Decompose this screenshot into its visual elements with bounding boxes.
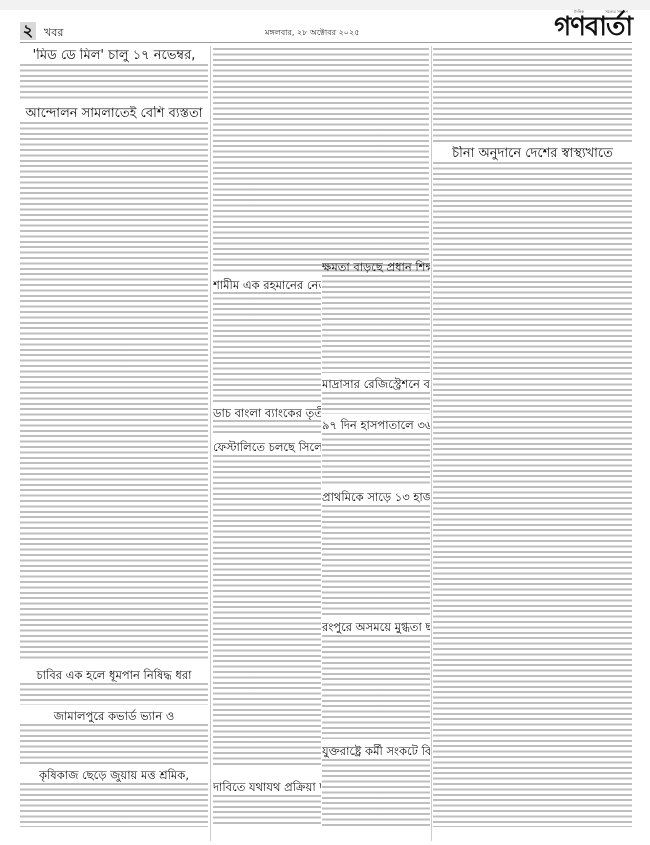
article-body (322, 635, 430, 739)
article-body (433, 162, 632, 827)
headline: মাদ্রাসার রেজিস্ট্রেশনে বাধাগ্রস্ত (322, 377, 430, 391)
article-rangpur: রংপুরে অসময়ে মুগ্ধতা ছড়াচ্ছে (322, 618, 430, 636)
headline: চীনা অনুদানে দেশের স্বাস্থ্যখাতে (433, 146, 632, 162)
article-body (213, 292, 321, 402)
headline: কৃষিকাজ ছেড়ে জুয়ায় মত্ত শ্রমিক, (20, 768, 208, 782)
issue-date: মঙ্গলবার, ২৮ অক্টোবর ২০২৫ (265, 27, 359, 40)
headline: শামীম এক রহমানের নেতৃত্বাধীন (213, 278, 321, 292)
column-divider (431, 46, 432, 841)
article-hospital: ৯৭ দিন হাসপাতালে ৩৬ বার (322, 416, 430, 434)
article-jamalpur: জামালপুরে কভার্ড ভ্যান ও (20, 707, 208, 725)
article-body (20, 64, 208, 102)
headline: প্রাথমিকে সাড়ে ১৩ হাজার শিক্ষক (322, 490, 430, 504)
article-body (20, 783, 208, 827)
article-body (20, 724, 208, 764)
page-number: ২ (20, 22, 36, 40)
article-mid-day-meal: 'মিড ডে মিল' চালু ১৭ নভেম্বর, (20, 46, 208, 66)
headline: চাবির এক হলে ধূমপান নিষিদ্ধ ধরা (20, 668, 208, 682)
headline: 'মিড ডে মিল' চালু ১৭ নভেম্বর, (20, 48, 208, 64)
headline: জামালপুরে কভার্ড ভ্যান ও (20, 709, 208, 723)
article-andolon: আন্দোলন সামলাতেই বেশি ব্যস্ততা (20, 104, 208, 124)
page-header: ২ খবর মঙ্গলবার, ২৮ অক্টোবর ২০২৫ দৈনিক সত… (20, 22, 632, 43)
article-body (322, 433, 430, 485)
article-dabi: দাবিতে যথাযথ প্রক্রিয়া ছাড়া উত্তেজনা (213, 778, 321, 796)
newspaper-logo: গণবার্তা (554, 12, 632, 42)
article-body (322, 392, 430, 414)
headline: ফেস্টালিতে চলছে সিলেটের (213, 440, 321, 454)
headline: যুক্তরাষ্ট্রে কর্মী সংকটে বিলম্বিত ৮ (322, 744, 430, 758)
article-body (322, 275, 430, 373)
article-body (213, 420, 321, 436)
headline: ক্ষমতা বাড়ছে প্রধান শিক্ষকের স্লিপ (322, 260, 430, 274)
article-slip: ক্ষমতা বাড়ছে প্রধান শিক্ষকের স্লিপ (322, 258, 430, 276)
headline: রংপুরে অসময়ে মুগ্ধতা ছড়াচ্ছে (322, 620, 430, 634)
article-body (322, 505, 430, 615)
article-body (20, 122, 208, 662)
top-margin (0, 0, 650, 10)
article-primary: প্রাথমিকে সাড়ে ১৩ হাজার শিক্ষক (322, 488, 430, 506)
article-body (322, 759, 430, 827)
article-body (213, 48, 429, 274)
headline: ডাচ বাংলা ব্যাংকের তৃতীয় প্রান্তিক (213, 406, 321, 420)
headline: আন্দোলন সামলাতেই বেশি ব্যস্ততা (20, 106, 208, 122)
article-body (433, 48, 632, 144)
article-body (213, 795, 321, 827)
article-body (20, 683, 208, 705)
section-label: খবর (44, 24, 63, 43)
article-madrasa: মাদ্রাসার রেজিস্ট্রেশনে বাধাগ্রস্ত (322, 375, 430, 393)
article-sylhet: ফেস্টালিতে চলছে সিলেটের (213, 438, 321, 456)
article-body (213, 455, 321, 765)
article-usa: যুক্তরাষ্ট্রে কর্মী সংকটে বিলম্বিত ৮ (322, 742, 430, 760)
headline: ৯৭ দিন হাসপাতালে ৩৬ বার (322, 418, 430, 432)
newspaper-page: ২ খবর মঙ্গলবার, ২৮ অক্টোবর ২০২৫ দৈনিক সত… (0, 0, 650, 845)
column-divider (210, 46, 211, 841)
article-china: চীনা অনুদানে দেশের স্বাস্থ্যখাতে (433, 144, 632, 164)
article-dhumpan: চাবির এক হলে ধূমপান নিষিদ্ধ ধরা (20, 666, 208, 684)
headline: দাবিতে যথাযথ প্রক্রিয়া ছাড়া উত্তেজনা (213, 780, 321, 794)
article-krishikaj: কৃষিকাজ ছেড়ে জুয়ায় মত্ত শ্রমিক, (20, 766, 208, 784)
